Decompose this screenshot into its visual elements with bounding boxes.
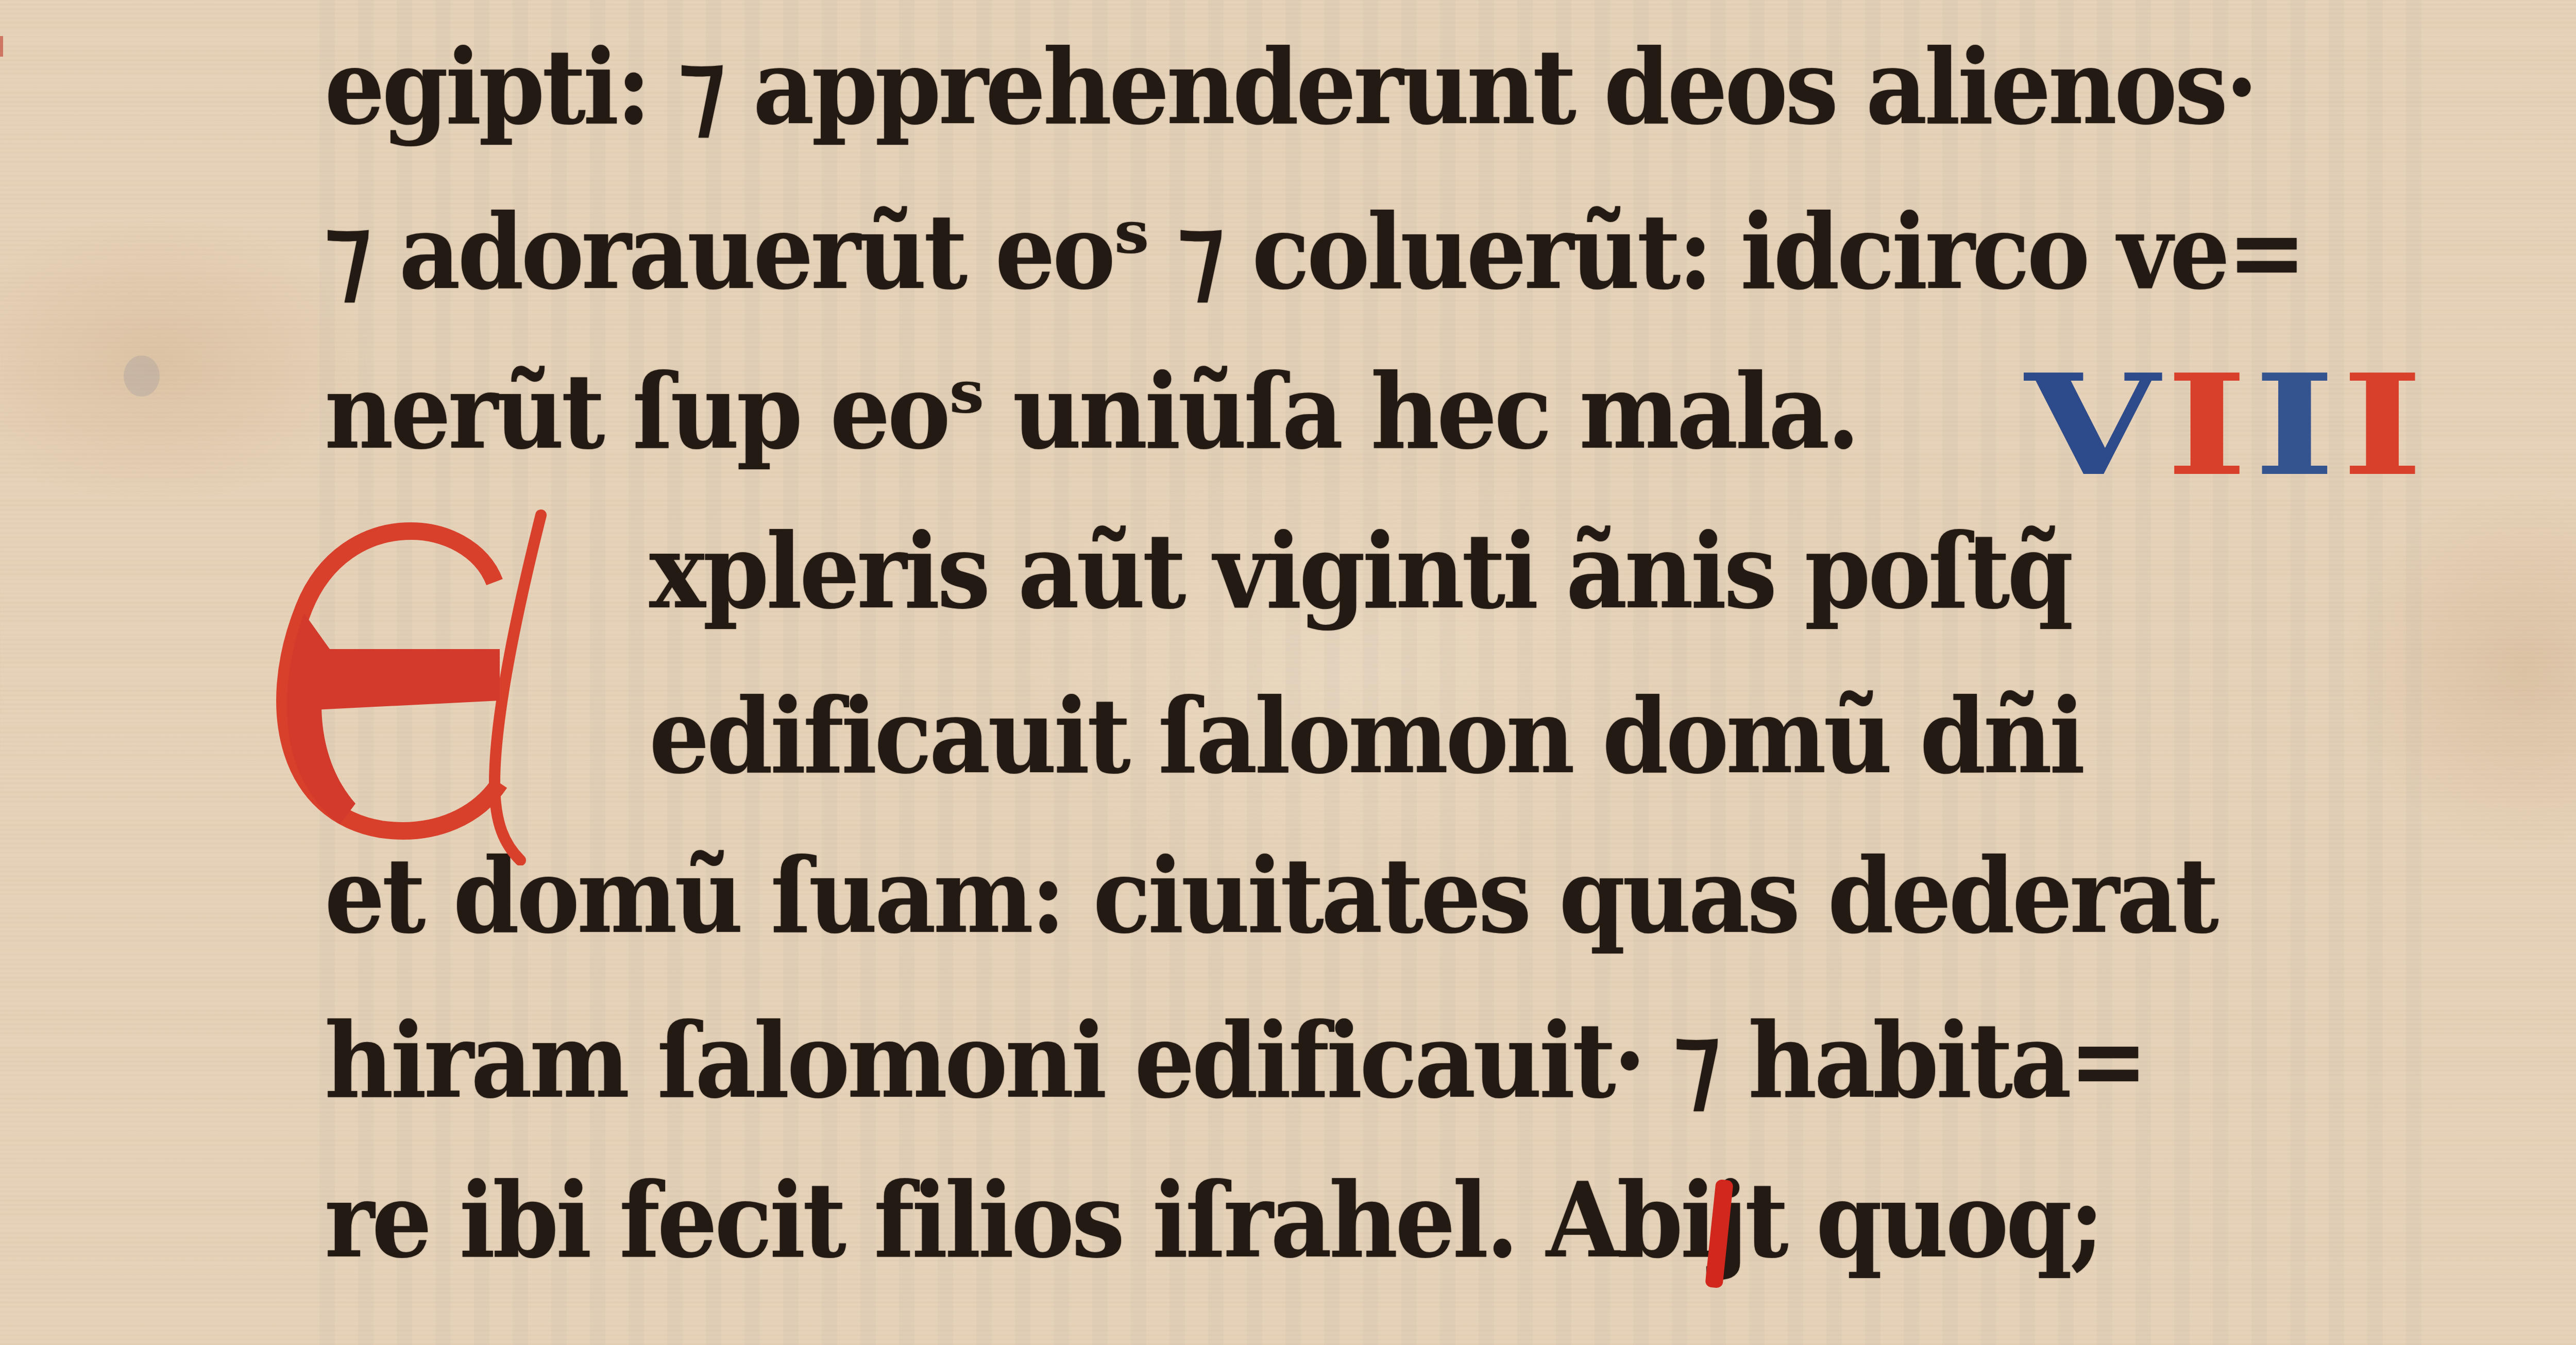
chapter-letter-v: V	[2025, 343, 2166, 507]
text-line-7: hiram ſalomoni edificauit· ⁊ habita=	[325, 1010, 2145, 1113]
text-line-3: nerũt ſup eoˢ uniũſa hec mala.	[325, 361, 1857, 464]
paper-stain	[124, 355, 160, 397]
manuscript-page: egipti: ⁊ apprehenderunt deos alienos· ⁊…	[0, 0, 2576, 1345]
chapter-number-viii: VIII	[2025, 355, 2430, 495]
text-line-5: edificauit ſalomon domũ dñi	[649, 685, 2082, 788]
chapter-letter-i: I	[2166, 343, 2253, 507]
text-line-4: xpleris aũt viginti ãnis poſtq̃	[649, 520, 2071, 623]
text-line-1: egipti: ⁊ apprehenderunt deos alienos·	[325, 36, 2256, 139]
margin-red-mark	[0, 36, 3, 57]
text-line-2: ⁊ adorauerũt eoˢ ⁊ coluerũt: idcirco ve=	[325, 201, 2304, 304]
rubricated-initial-e-icon	[252, 495, 623, 865]
text-line-8: re ibi fecit filios iſrahel. Abijt quoq;	[325, 1169, 2102, 1272]
chapter-letter-i: I	[2254, 343, 2342, 507]
chapter-letter-i: I	[2342, 343, 2429, 507]
